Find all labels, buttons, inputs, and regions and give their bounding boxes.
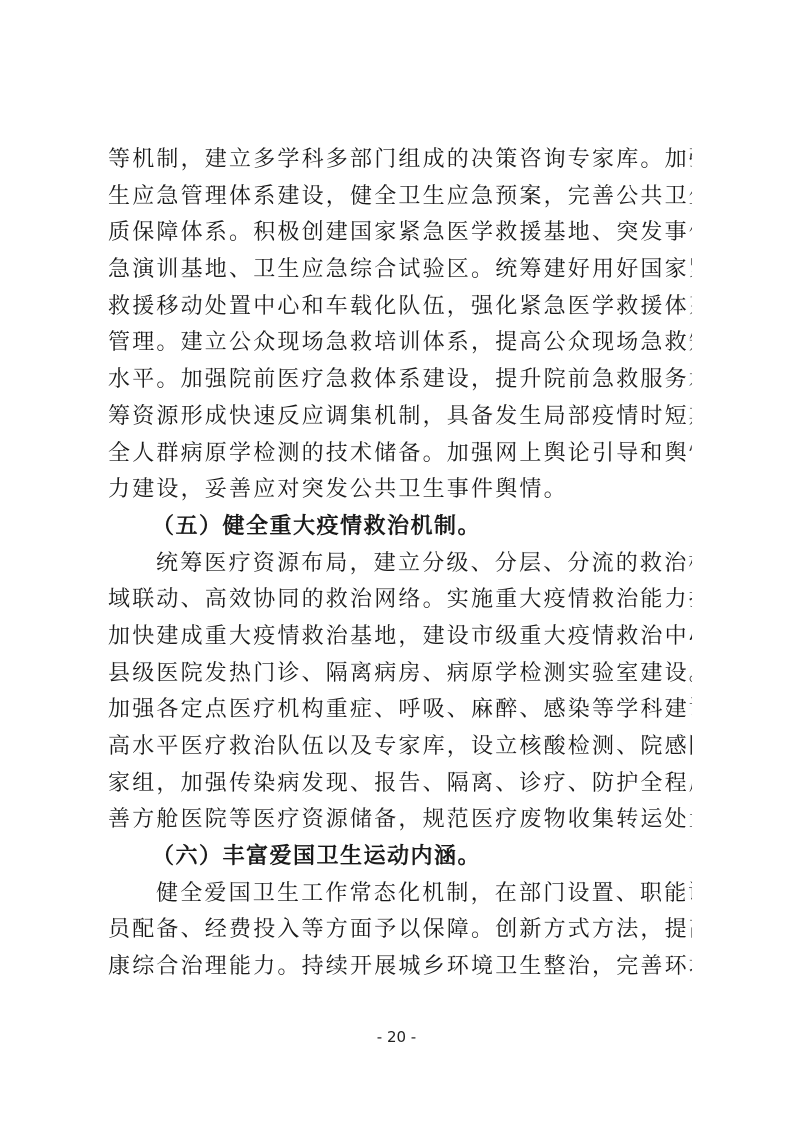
paragraph-line: 加快建成重大疫情救治基地，建设市级重大疫情救治中心，加强 bbox=[108, 619, 692, 656]
page-number: - 20 - bbox=[0, 1028, 793, 1046]
paragraph-line: 水平。加强院前医疗急救体系建设，提升院前急救服务水平。统 bbox=[108, 362, 692, 399]
paragraph-line: 善方舱医院等医疗资源储备，规范医疗废物收集转运处置。 bbox=[108, 802, 692, 839]
paragraph-line: 健全爱国卫生工作常态化机制，在部门设置、职能调整、人 bbox=[108, 876, 692, 913]
paragraph-line: 域联动、高效协同的救治网络。实施重大疫情救治能力提升工程， bbox=[108, 582, 692, 619]
paragraph-line: 筹资源形成快速反应调集机制，具备发生局部疫情时短期内完成 bbox=[108, 399, 692, 436]
paragraph-line: 全人群病原学检测的技术储备。加强网上舆论引导和舆情应对能 bbox=[108, 436, 692, 473]
paragraph-line: 管理。建立公众现场急救培训体系，提高公众现场急救知识技能 bbox=[108, 325, 692, 362]
paragraph-line: 质保障体系。积极创建国家紧急医学救援基地、突发事件卫生应 bbox=[108, 215, 692, 252]
paragraph-line: 生应急管理体系建设，健全卫生应急预案，完善公共卫生应急物 bbox=[108, 179, 692, 216]
paragraph-line: 统筹医疗资源布局，建立分级、分层、分流的救治机制与区 bbox=[108, 546, 692, 583]
paragraph-line: 高水平医疗救治队伍以及专家库，设立核酸检测、院感防控等专 bbox=[108, 729, 692, 766]
paragraph-line: 县级医院发热门诊、隔离病房、病原学检测实验室建设。进一步 bbox=[108, 656, 692, 693]
paragraph-line: 加强各定点医疗机构重症、呼吸、麻醉、感染等学科建设，组建 bbox=[108, 692, 692, 729]
paragraph-line: 等机制，建立多学科多部门组成的决策咨询专家库。加强各级卫 bbox=[108, 142, 692, 179]
section-heading-6: （六）丰富爱国卫生运动内涵。 bbox=[108, 839, 692, 876]
section-heading-5: （五）健全重大疫情救治机制。 bbox=[108, 509, 692, 546]
document-page: 等机制，建立多学科多部门组成的决策咨询专家库。加强各级卫 生应急管理体系建设，健… bbox=[108, 142, 692, 986]
paragraph-line: 力建设，妥善应对突发公共卫生事件舆情。 bbox=[108, 472, 692, 509]
paragraph-line: 康综合治理能力。持续开展城乡环境卫生整治，完善环境卫生基 bbox=[108, 949, 692, 986]
paragraph-line: 救援移动处置中心和车载化队伍，强化紧急医学救援体系建设和 bbox=[108, 289, 692, 326]
paragraph-line: 家组，加强传染病发现、报告、隔离、诊疗、防护全程质控。完 bbox=[108, 766, 692, 803]
paragraph-line: 急演训基地、卫生应急综合试验区。统筹建好用好国家紧急医学 bbox=[108, 252, 692, 289]
paragraph-line: 员配备、经费投入等方面予以保障。创新方式方法，提高社会健 bbox=[108, 912, 692, 949]
